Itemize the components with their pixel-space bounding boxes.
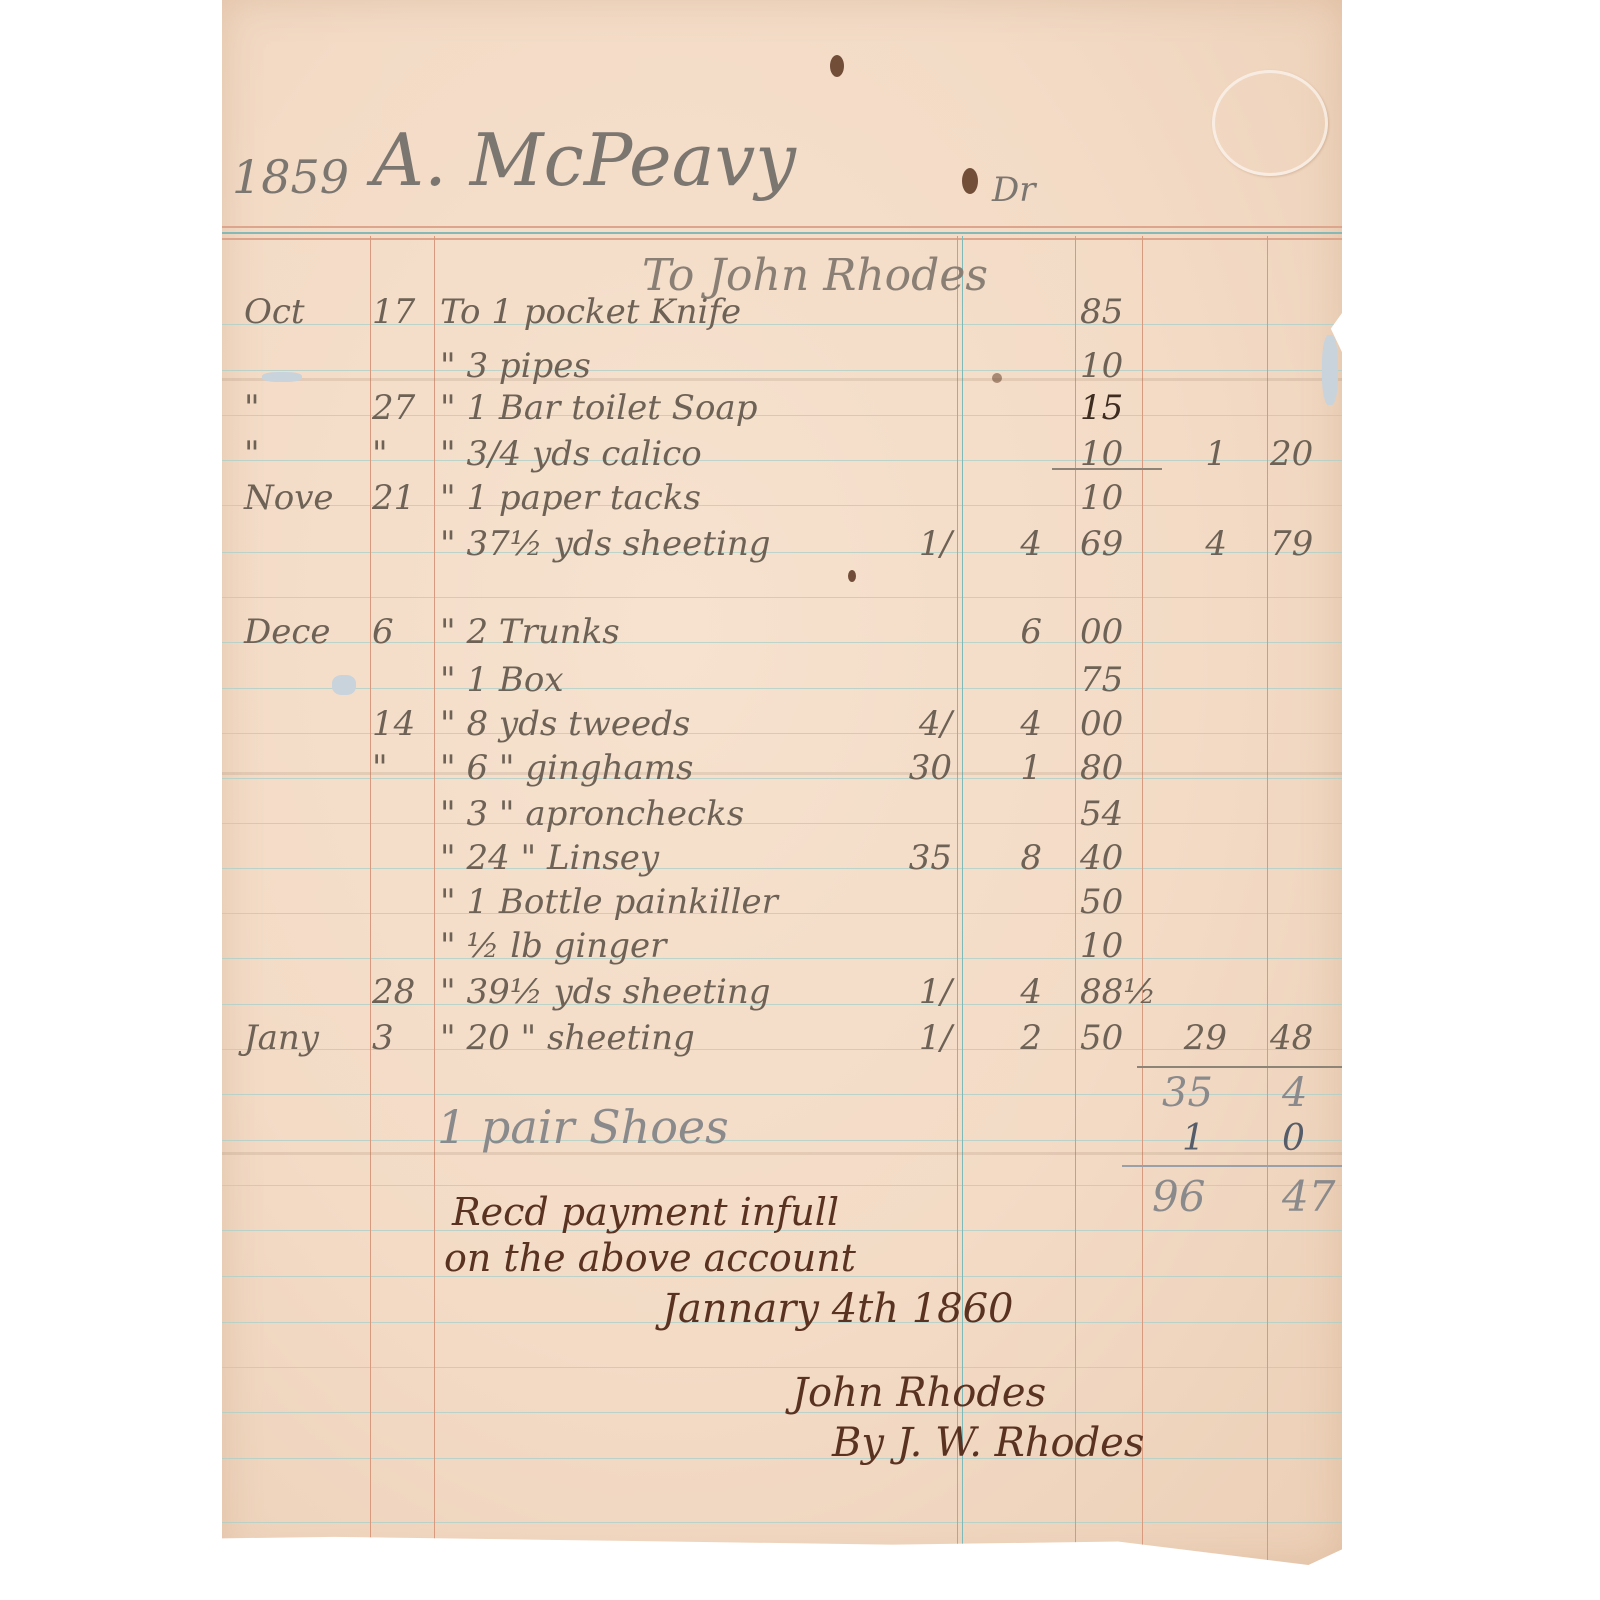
extra-item: 1 pair Shoes bbox=[437, 1100, 729, 1154]
receipt-line-2: on the above account bbox=[444, 1236, 856, 1280]
entry-row: " 37½ yds sheeting1/469479 bbox=[222, 524, 1342, 568]
signature: John Rhodes bbox=[792, 1370, 1046, 1416]
ledger-paper: 1859 A. McPeavy Dr To John Rhodes Oct17T… bbox=[222, 0, 1342, 1565]
receipt-line-1: Recd payment infull bbox=[452, 1190, 839, 1234]
extra-item-cents: 0 bbox=[1282, 1118, 1305, 1159]
entry-row: "27" 1 Bar toilet Soap15 bbox=[222, 388, 1342, 432]
grand-total-dollars: 96 bbox=[1152, 1172, 1205, 1221]
entry-row: " 3 pipes10 bbox=[222, 346, 1342, 390]
entry-row: Dece6" 2 Trunks600 bbox=[222, 612, 1342, 656]
entry-row: Nove21" 1 paper tacks10 bbox=[222, 478, 1342, 522]
entry-row: """ 3/4 yds calico10120 bbox=[222, 434, 1342, 478]
entry-row: " ½ lb ginger10 bbox=[222, 926, 1342, 970]
entry-row: Jany3" 20 " sheeting1/2502948 bbox=[222, 1018, 1342, 1062]
entry-row: "" 6 " ginghams30180 bbox=[222, 748, 1342, 792]
subtotal-cents: 4 bbox=[1282, 1070, 1307, 1116]
entry-row: 14" 8 yds tweeds4/400 bbox=[222, 704, 1342, 748]
subtotal-dollars: 35 bbox=[1162, 1070, 1213, 1116]
debtor-suffix: Dr bbox=[992, 170, 1036, 210]
receipt-date: Jannary 4th 1860 bbox=[662, 1286, 1013, 1332]
entry-row: 28" 39½ yds sheeting1/488½ bbox=[222, 972, 1342, 1016]
entry-row: " 1 Bottle painkiller50 bbox=[222, 882, 1342, 926]
embossed-seal bbox=[1212, 70, 1328, 176]
year: 1859 bbox=[232, 150, 349, 204]
entry-row: " 1 Box75 bbox=[222, 660, 1342, 704]
grand-total-cents: 47 bbox=[1282, 1172, 1335, 1221]
signed-by: By J. W. Rhodes bbox=[832, 1420, 1144, 1466]
entry-row: " 24 " Linsey35840 bbox=[222, 838, 1342, 882]
extra-item-dollars: 1 bbox=[1182, 1118, 1205, 1159]
debtor-name: A. McPeavy bbox=[372, 118, 796, 202]
entry-row: " 3 " apronchecks54 bbox=[222, 794, 1342, 838]
entry-row: Oct17To 1 pocket Knife85 bbox=[222, 292, 1342, 336]
